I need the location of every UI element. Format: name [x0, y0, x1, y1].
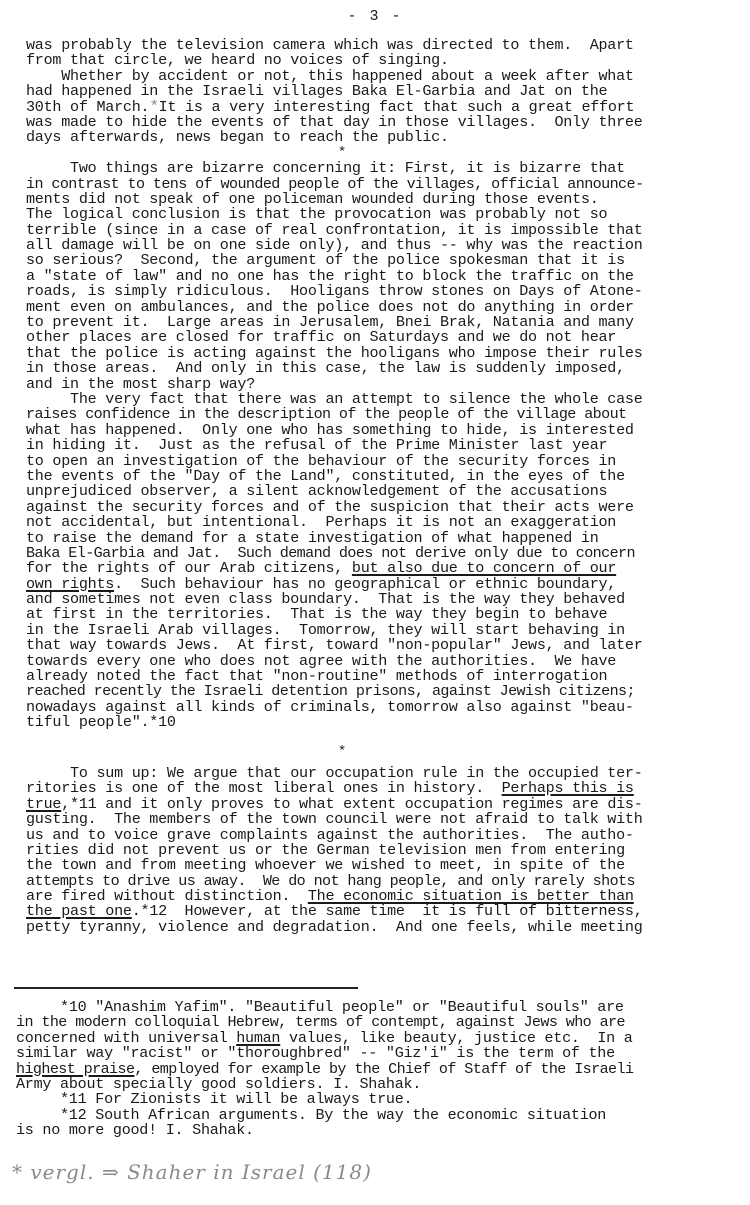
text-line: petty tyranny, violence and degradation.… [26, 920, 746, 935]
text-line: tiful people".*10 [26, 715, 746, 730]
page-number: - 3 - [0, 8, 750, 25]
document-body: was probably the television camera which… [26, 38, 746, 935]
footnote-line: is no more good! I. Shahak. [16, 1123, 746, 1138]
footnotes: *10 "Anashim Yafim". "Beautiful people" … [16, 1000, 746, 1139]
footnote-divider [14, 987, 358, 989]
handwritten-annotation: * vergl. ⇒ Shaher in Israel (118) [12, 1160, 372, 1184]
text-line: days afterwards, news began to reach the… [26, 130, 746, 145]
section-separator: * [26, 745, 652, 760]
